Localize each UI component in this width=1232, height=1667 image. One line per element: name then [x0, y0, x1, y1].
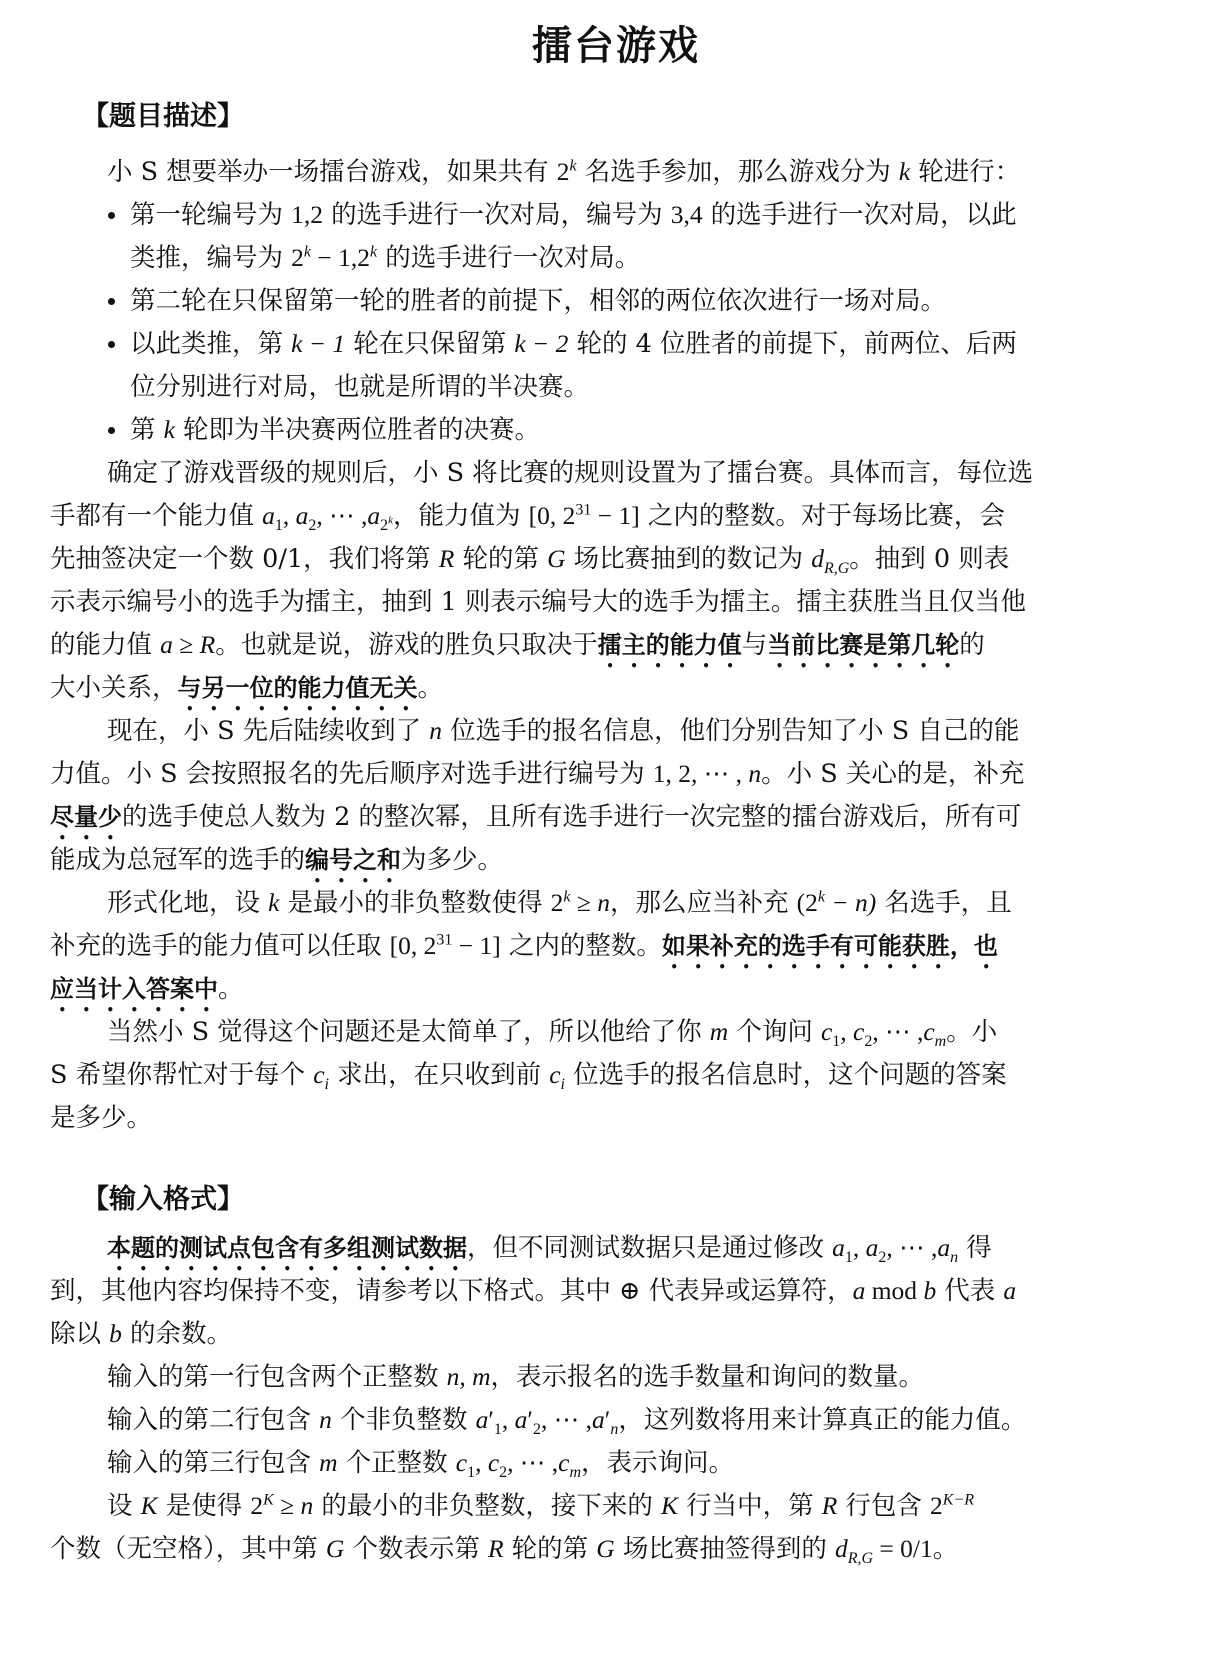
input-line-1-description: 输入的第一行包含两个正整数 n, m，表示报名的选手数量和询问的数量。	[107, 1362, 924, 1392]
emphasis-text: 当前比赛是第几轮	[767, 631, 959, 659]
bullet-item-1: 第一轮编号为 1,2 的选手进行一次对局，编号为 3,4 的选手进行一次对局，以…	[130, 200, 1017, 230]
emphasis-text: 本题的测试点包含有多组测试数据	[107, 1234, 467, 1262]
bullet-item-3: 以此类推，第 k − 1 轮在只保留第 k − 2 轮的 4 位胜者的前提下，前…	[130, 329, 1017, 359]
paragraph-queries: 当然小 S 觉得这个问题还是太简单了，所以他给了你 m 个询问 c1, c2, …	[107, 1017, 997, 1047]
paragraph-input-intro-line: 到，其他内容均保持不变，请参考以下格式。其中 ⊕ 代表异或运算符，a mod b…	[50, 1276, 1016, 1306]
emphasis-text: 如果补充的选手有可能获胜，也	[662, 932, 998, 960]
paragraph-registration: 现在，小 S 先后陆续收到了 n 位选手的报名信息，他们分别告知了小 S 自己的…	[107, 716, 1019, 746]
paragraph-rules-line: 示表示编号小的选手为擂主，抽到 1 则表示编号大的选手为擂主。擂主获胜当且仅当他	[50, 587, 1026, 617]
emphasis-text: 应当计入答案中	[50, 975, 218, 1003]
paragraph-formal: 形式化地，设 k 是最小的非负整数使得 2k ≥ n，那么应当补充 (2k − …	[107, 888, 1012, 918]
paragraph-registration-line: 力值。小 S 会按照报名的先后顺序对选手进行编号为 1, 2, ⋯ , n。小 …	[50, 759, 1024, 789]
paragraph-queries-line: 是多少。	[50, 1103, 152, 1133]
paragraph-input-intro: 本题的测试点包含有多组测试数据，但不同测试数据只是通过修改 a1, a2, ⋯ …	[107, 1233, 992, 1276]
bullet-item-3-cont: 位分别进行对局，也就是所谓的半决赛。	[130, 372, 589, 402]
input-line-3-description: 输入的第三行包含 m 个正整数 c1, c2, ⋯ ,cm，表示询问。	[107, 1448, 734, 1478]
emphasis-text: 编号之和	[305, 846, 401, 874]
paragraph-formal-line: 应当计入答案中。	[50, 974, 244, 1017]
emphasis-text: 尽量少	[50, 803, 122, 831]
emphasis-text: 与另一位的能力值无关	[178, 674, 418, 702]
bullet-icon	[108, 427, 115, 434]
paragraph-rules-line: 手都有一个能力值 a1, a2, ⋯ ,a2k，能力值为 [0, 231 − 1…	[50, 501, 1005, 531]
section-heading-description: 【题目描述】	[82, 94, 244, 133]
bullet-icon	[108, 298, 115, 305]
paragraph-rules-line: 先抽签决定一个数 0/1，我们将第 R 轮的第 G 场比赛抽到的数记为 dR,G…	[50, 544, 1009, 574]
paragraph-registration-line: 能成为总冠军的选手的编号之和为多少。	[50, 845, 503, 888]
paragraph-input-intro-line: 除以 b 的余数。	[50, 1319, 232, 1349]
input-draws-description: 设 K 是使得 2K ≥ n 的最小的非负整数，接下来的 K 行当中，第 R 行…	[107, 1491, 974, 1521]
paragraph-rules: 确定了游戏晋级的规则后，小 S 将比赛的规则设置为了擂台赛。具体而言，每位选	[107, 458, 1033, 488]
paragraph-formal-line: 补充的选手的能力值可以任取 [0, 231 − 1] 之内的整数。如果补充的选手…	[50, 931, 998, 974]
input-draws-description-line: 个数（无空格），其中第 G 个数表示第 R 轮的第 G 场比赛抽签得到的 dR,…	[50, 1534, 958, 1564]
paragraph-rules-line: 大小关系，与另一位的能力值无关。	[50, 673, 443, 716]
bullet-item-4: 第 k 轮即为半决赛两位胜者的决赛。	[130, 415, 540, 445]
emphasis-text: 擂主的能力值	[598, 631, 742, 659]
paragraph-intro: 小 S 想要举办一场擂台游戏，如果共有 2k 名选手参加，那么游戏分为 k 轮进…	[107, 157, 1020, 187]
bullet-icon	[108, 212, 115, 219]
input-line-2-description: 输入的第二行包含 n 个非负整数 a′1, a′2, ⋯ ,a′n，这列数将用来…	[107, 1405, 1026, 1435]
paragraph-queries-line: S 希望你帮忙对于每个 ci 求出，在只收到前 ci 位选手的报名信息时，这个问…	[50, 1060, 1007, 1090]
section-heading-input: 【输入格式】	[82, 1177, 244, 1216]
bullet-item-1-cont: 类推，编号为 2k − 1,2k 的选手进行一次对局。	[130, 243, 640, 273]
page-title: 擂台游戏	[0, 14, 1232, 71]
bullet-icon	[108, 341, 115, 348]
paragraph-registration-line: 尽量少的选手使总人数为 2 的整次幂，且所有选手进行一次完整的擂台游戏后，所有可	[50, 802, 1021, 845]
bullet-item-2: 第二轮在只保留第一轮的胜者的前提下，相邻的两位依次进行一场对局。	[130, 286, 946, 316]
paragraph-rules-line: 的能力值 a ≥ R。也就是说，游戏的胜负只取决于擂主的能力值与当前比赛是第几轮…	[50, 630, 985, 673]
